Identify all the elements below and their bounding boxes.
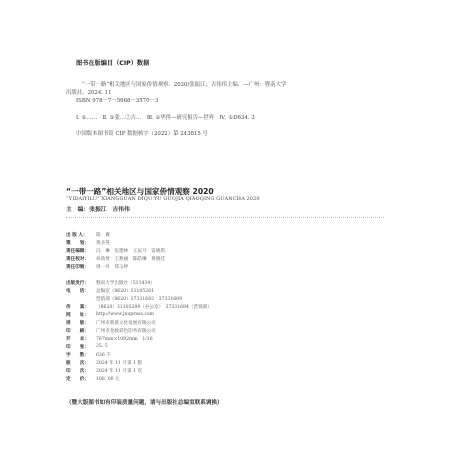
info-row: 印 张：25. 5 bbox=[66, 344, 108, 350]
info-row: 策 划：黄圣英 bbox=[66, 240, 110, 246]
info-row: 责任校对：孙劭贤 王燕丽 陈皓琳 黄晓佳 bbox=[66, 256, 165, 262]
info-value: 25. 5 bbox=[96, 344, 108, 350]
cip-classification: Ⅰ. ①…… Ⅱ. ①张…②吉… Ⅲ. ①华侨—研究报告—世界 Ⅳ. ①D634… bbox=[76, 113, 255, 121]
info-value: 黄圣英 bbox=[96, 240, 110, 246]
info-label: 责任编辑： bbox=[66, 248, 96, 254]
book-title-pinyin: “YIDAIYILU” XIANGGUAN DIQU YU GUOJIA QIA… bbox=[66, 196, 260, 202]
info-row: 排 版：广州市新晨文化发展有限公司 bbox=[66, 320, 156, 326]
info-value: 暨南大学出版社（511434） bbox=[96, 280, 155, 286]
info-value: 787mm×1092mm 1/16 bbox=[96, 336, 153, 342]
info-label: 印 次： bbox=[66, 368, 96, 374]
info-label: 电 话： bbox=[66, 288, 96, 294]
info-label: 出版发行： bbox=[66, 280, 96, 286]
info-value: 636 千 bbox=[96, 352, 111, 358]
copyright-page: 图书在版编目（CIP）数据 “一带一路”相关地区与国家侨情观察．2020/张振江… bbox=[0, 0, 452, 452]
info-label: 排 版： bbox=[66, 320, 96, 326]
info-value: 孙劭贤 王燕丽 陈皓琳 黄晓佳 bbox=[96, 256, 165, 262]
info-row: 责任编辑：冯 琳 伍建林 王辰月 雷晓琪 bbox=[66, 248, 165, 254]
info-value: （8620）31105289（办公室） 37331684（营销部） bbox=[96, 304, 212, 310]
info-label: 印 张： bbox=[66, 344, 96, 350]
info-label: 网 址： bbox=[66, 312, 96, 318]
info-label bbox=[66, 296, 96, 302]
info-label: 策 划： bbox=[66, 240, 96, 246]
info-value: 广州市金骏彩色印务有限公司 bbox=[96, 328, 156, 334]
info-row: 责任印制：周一丹 郑玉婷 bbox=[66, 264, 128, 270]
info-row: 开 本：787mm×1092mm 1/16 bbox=[66, 336, 153, 342]
info-value: 周一丹 郑玉婷 bbox=[96, 264, 128, 270]
info-row: 定 价：108. 00 元 bbox=[66, 376, 120, 382]
cip-record-number: 中国版本图书馆 CIP 数据核字（2022）第 243815 号 bbox=[76, 129, 208, 137]
info-row: 电 话：总编室（8620）31105261 bbox=[66, 288, 154, 294]
info-label: 印 刷： bbox=[66, 328, 96, 334]
info-label: 开 本： bbox=[66, 336, 96, 342]
info-label: 责任校对： bbox=[66, 256, 96, 262]
info-label: 传 真： bbox=[66, 304, 96, 310]
book-editors: 主 编：张振江 吉伟伟 bbox=[66, 204, 130, 213]
info-value: 2024 年 11 月第 1 版 bbox=[96, 360, 142, 366]
info-value: 广州市新晨文化发展有限公司 bbox=[96, 320, 156, 326]
info-row: 营销部（8620）37331682 37331689 bbox=[66, 296, 182, 302]
info-row: 传 真：（8620）31105289（办公室） 37331684（营销部） bbox=[66, 304, 212, 310]
info-label: 责任印制： bbox=[66, 264, 96, 270]
info-row: 字 数：636 千 bbox=[66, 352, 111, 358]
info-row: 版 次：2024 年 11 月第 1 版 bbox=[66, 360, 142, 366]
cip-heading: 图书在版编目（CIP）数据 bbox=[76, 58, 149, 67]
info-row: 出 版 人：阳 翼 bbox=[66, 232, 110, 238]
info-row: 网 址：http://www.jnupress.com bbox=[66, 312, 154, 318]
info-row: 印 刷：广州市金骏彩色印务有限公司 bbox=[66, 328, 156, 334]
info-label: 字 数： bbox=[66, 352, 96, 358]
info-value: 总编室（8620）31105261 bbox=[96, 288, 154, 294]
info-label: 出 版 人： bbox=[66, 232, 96, 238]
info-value: 冯 琳 伍建林 王辰月 雷晓琪 bbox=[96, 248, 165, 254]
info-value: 营销部（8620）37331682 37331689 bbox=[96, 296, 182, 302]
info-value: 108. 00 元 bbox=[96, 376, 120, 382]
dotted-separator bbox=[66, 217, 384, 218]
info-row: 出版发行：暨南大学出版社（511434） bbox=[66, 280, 155, 286]
cip-line: “一带一路”相关地区与国家侨情观察．2020/张振江，吉伟伟主编．—广州：暨南大… bbox=[82, 80, 286, 88]
info-label: 定 价： bbox=[66, 376, 96, 382]
info-row: 印 次：2024 年 11 月第 1 次 bbox=[66, 368, 142, 374]
quality-notice: （暨大版图书如有印装质量问题，请与出版社总编室联系调换） bbox=[66, 398, 223, 406]
info-label: 版 次： bbox=[66, 360, 96, 366]
info-value: 阳 翼 bbox=[96, 232, 110, 238]
info-value: 2024 年 11 月第 1 次 bbox=[96, 368, 142, 374]
cip-line: 出版社，2024. 11 bbox=[66, 88, 112, 96]
info-value: http://www.jnupress.com bbox=[96, 312, 154, 318]
cip-isbn: ISBN 978－7－5668－3570－3 bbox=[76, 96, 158, 104]
